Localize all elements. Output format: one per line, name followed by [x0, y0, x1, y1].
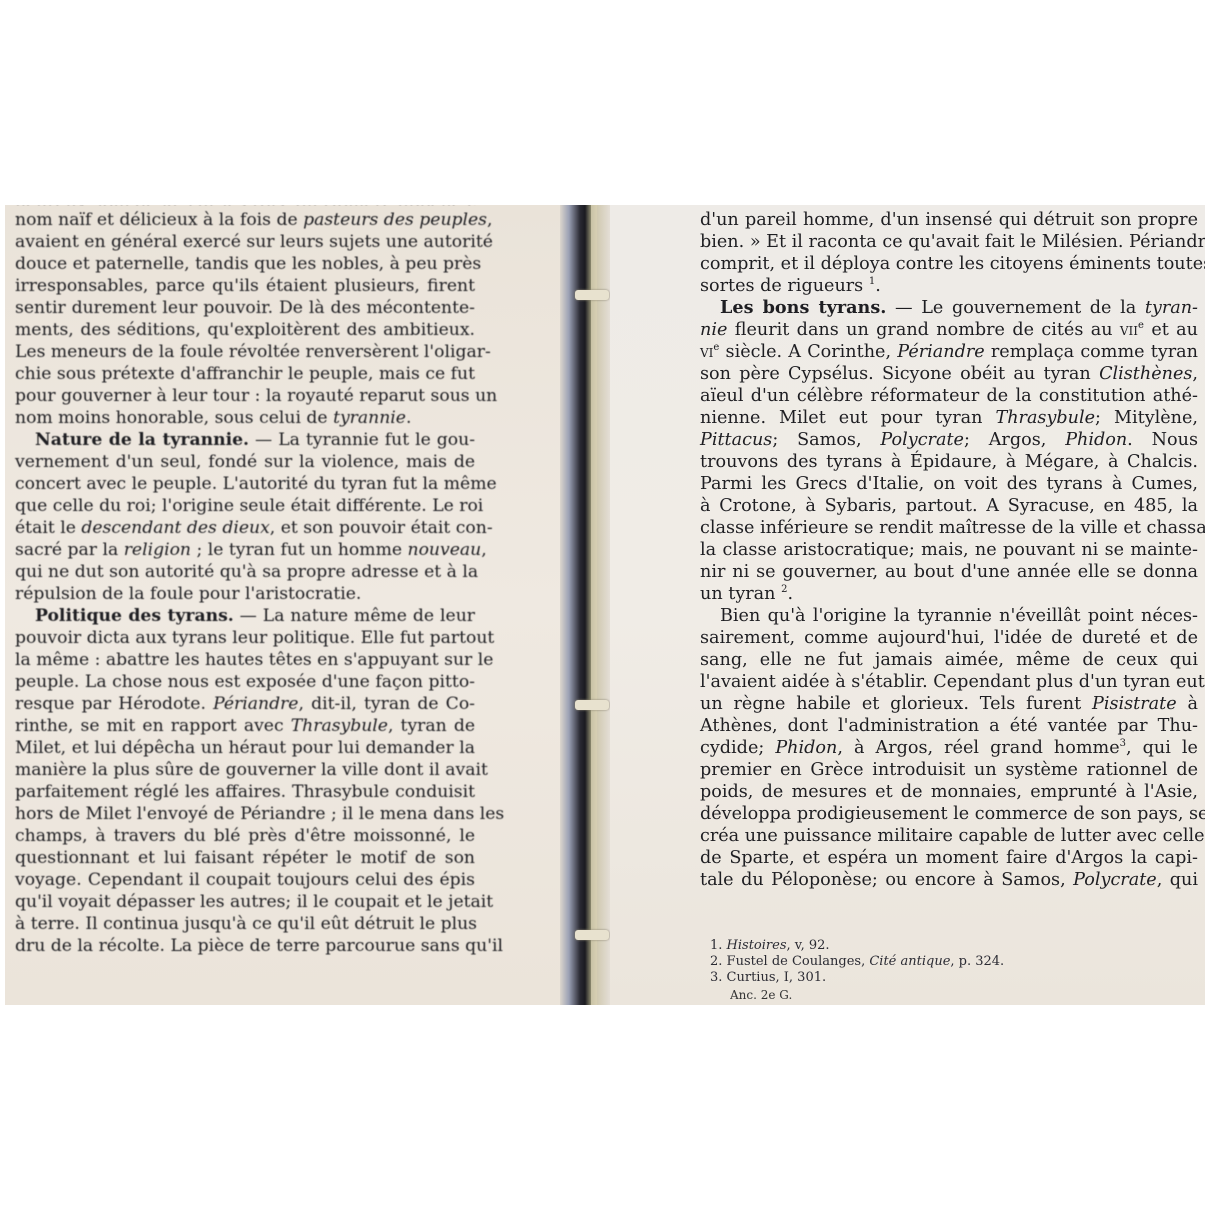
- text-line: d'un pareil homme, d'un insensé qui détr…: [700, 209, 1198, 231]
- text-line: Parmi les Grecs d'Italie, on voit des ty…: [700, 473, 1198, 495]
- text-line: sang, elle ne fut jamais aimée, même de …: [700, 649, 1198, 671]
- section-heading-bons-tyrans: Les bons tyrans. — Le gouvernement de la…: [700, 297, 1198, 319]
- text-line: vie siècle. A Corinthe, Périandre rempla…: [700, 341, 1198, 363]
- text-line: douce et paternelle, tandis que les nobl…: [15, 253, 475, 275]
- text-line: pour gouverner à leur tour : la royauté …: [15, 385, 475, 407]
- text-line: que celle du roi; l'origine seule était …: [15, 495, 475, 517]
- text-line: manière la plus sûre de gouverner la vil…: [15, 759, 475, 781]
- text-line: Pittacus; Samos, Polycrate; Argos, Phido…: [700, 429, 1198, 451]
- text-line: l'avaient aidée à s'établir. Cependant p…: [700, 671, 1198, 693]
- text-line: Les meneurs de la foule révoltée renvers…: [15, 341, 475, 363]
- text-line: irresponsables, parce qu'ils étaient plu…: [15, 275, 475, 297]
- text-line: qui ne dut son autorité qu'à sa propre a…: [15, 561, 475, 583]
- text-line: ments, des séditions, qu'exploitèrent de…: [15, 319, 475, 341]
- text-line: dru de la récolte. La pièce de terre par…: [15, 935, 475, 957]
- footnotes: 1. Histoires, v, 92. 2. Fustel de Coulan…: [710, 938, 1004, 986]
- book-photograph: heureux, loin de là, car les rois, qu'Ho…: [5, 205, 1205, 1005]
- text-line: resque par Hérodote. Périandre, dit-il, …: [15, 693, 475, 715]
- text-line: la classe aristocratique; mais, ne pouva…: [700, 539, 1198, 561]
- text-line: peuple. La chose nous est exposée d'une …: [15, 671, 475, 693]
- text-line: nom moins honorable, sous celui de tyran…: [15, 407, 475, 429]
- text-line: rinthe, se mit en rapport avec Thrasybul…: [15, 715, 475, 737]
- text-line: à Crotone, à Sybaris, partout. A Syracus…: [700, 495, 1198, 517]
- text-line: sortes de rigueurs 1.: [700, 275, 1198, 297]
- text-line: vernement d'un seul, fondé sur la violen…: [15, 451, 475, 473]
- text-line: était le descendant des dieux, et son po…: [15, 517, 475, 539]
- text-line: concert avec le peuple. L'autorité du ty…: [15, 473, 475, 495]
- text-line: un tyran 2.: [700, 583, 1198, 605]
- text-line: chie sous prétexte d'affranchir le peupl…: [15, 363, 475, 385]
- text-line: hors de Milet l'envoyé de Périandre ; il…: [15, 803, 475, 825]
- text-line: qu'il voyait dépasser les autres; il le …: [15, 891, 475, 913]
- footnote-3: 3. Curtius, I, 301.: [710, 970, 1004, 986]
- text-line: nom naïf et délicieux à la fois de paste…: [15, 209, 475, 231]
- footnote-ref: 2: [781, 584, 787, 595]
- text-line: parfaitement réglé les affaires. Thrasyb…: [15, 781, 475, 803]
- binding-stitch: [575, 700, 609, 710]
- left-page: heureux, loin de là, car les rois, qu'Ho…: [5, 205, 560, 1005]
- text-line: nienne. Milet eut pour tyran Thrasybule;…: [700, 407, 1198, 429]
- binding-stitch: [575, 930, 609, 940]
- signature-mark: Anc. 2e G.: [730, 988, 792, 1000]
- footnote-ref: 1: [869, 276, 875, 287]
- text-line: créa une puissance militaire capable de …: [700, 825, 1198, 847]
- text-line: Athènes, dont l'administration a été van…: [700, 715, 1198, 737]
- text-line: sacré par la religion ; le tyran fut un …: [15, 539, 475, 561]
- text-line: voyage. Cependant il coupait toujours ce…: [15, 869, 475, 891]
- text-line: la même : abattre les hautes têtes en s'…: [15, 649, 475, 671]
- footnote-1: 1. Histoires, v, 92.: [710, 938, 1004, 954]
- footnote-2: 2. Fustel de Coulanges, Cité antique, p.…: [710, 954, 1004, 970]
- text-line: nir ni se gouverner, au bout d'une année…: [700, 561, 1198, 583]
- text-line: poids, de mesures et de monnaies, emprun…: [700, 781, 1198, 803]
- text-line: Milet, et lui dépêcha un héraut pour lui…: [15, 737, 475, 759]
- text-line: bien. » Et il raconta ce qu'avait fait l…: [700, 231, 1198, 253]
- right-page-text: messager, je d'un pareil homme, d'un ins…: [700, 205, 1198, 891]
- text-line: pouvoir dicta aux tyrans leur politique.…: [15, 627, 475, 649]
- text-line: cydide; Phidon, à Argos, réel grand homm…: [700, 737, 1198, 759]
- left-page-text: heureux, loin de là, car les rois, qu'Ho…: [15, 205, 475, 957]
- text-line: trouvons des tyrans à Épidaure, à Mégare…: [700, 451, 1198, 473]
- section-heading-politique: Politique des tyrans. — La nature même d…: [15, 605, 475, 627]
- text-line: Bien qu'à l'origine la tyrannie n'éveill…: [700, 605, 1198, 627]
- text-line: sairement, comme aujourd'hui, l'idée de …: [700, 627, 1198, 649]
- text-line: avaient en général exercé sur leurs suje…: [15, 231, 475, 253]
- text-line: sentir durement leur pouvoir. De là des …: [15, 297, 475, 319]
- text-line: comprit, et il déploya contre les citoye…: [700, 253, 1198, 275]
- text-line: premier en Grèce introduisit un système …: [700, 759, 1198, 781]
- text-line: un règne habile et glorieux. Tels furent…: [700, 693, 1198, 715]
- text-line: tale du Péloponèse; ou encore à Samos, P…: [700, 869, 1198, 891]
- text-line: classe inférieure se rendit maîtresse de…: [700, 517, 1198, 539]
- text-line: de Sparte, et espéra un moment faire d'A…: [700, 847, 1198, 869]
- text-line: développa prodigieusement le commerce de…: [700, 803, 1198, 825]
- text-line: son père Cypsélus. Sicyone obéit au tyra…: [700, 363, 1198, 385]
- text-line: aïeul d'un célèbre réformateur de la con…: [700, 385, 1198, 407]
- text-line: questionnant et lui faisant répéter le m…: [15, 847, 475, 869]
- section-heading-nature: Nature de la tyrannie. — La tyrannie fut…: [15, 429, 475, 451]
- binding-stitch: [575, 290, 609, 300]
- text-line: répulsion de la foule pour l'aristocrati…: [15, 583, 475, 605]
- book-spine: [560, 205, 610, 1005]
- text-line: nie fleurit dans un grand nombre de cité…: [700, 319, 1198, 341]
- text-line: à terre. Il continua jusqu'à ce qu'il eû…: [15, 913, 475, 935]
- right-page: messager, je d'un pareil homme, d'un ins…: [610, 205, 1205, 1005]
- spine-binding-tape: [591, 205, 597, 1005]
- text-line: champs, à travers du blé près d'être moi…: [15, 825, 475, 847]
